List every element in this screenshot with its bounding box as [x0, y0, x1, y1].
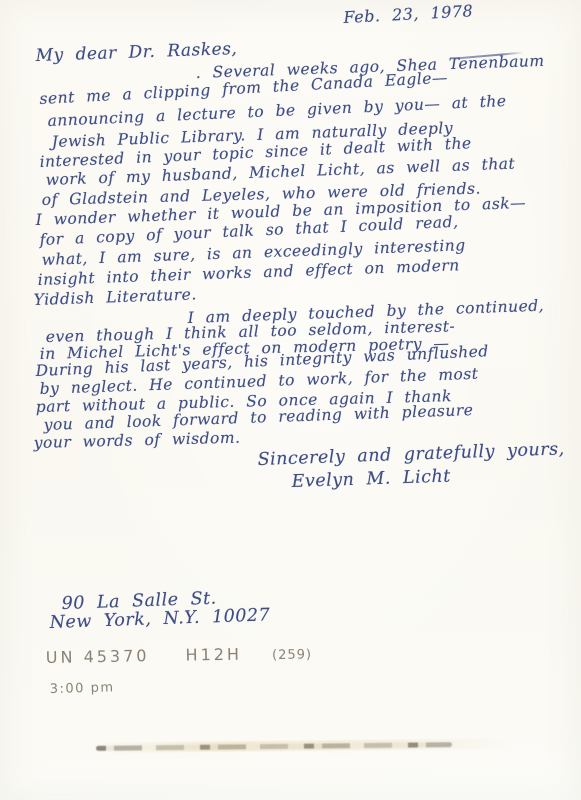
pencil-code: H12H: [185, 645, 242, 665]
body-line: Yiddish Literature.: [33, 285, 197, 309]
signature: Evelyn M. Licht: [291, 466, 451, 492]
salutation: My dear Dr. Raskes,: [35, 39, 237, 66]
pencil-time-note: 3:00 pm: [50, 680, 115, 697]
scan-smudge: [96, 742, 452, 751]
pencil-ref-number: (259): [272, 647, 312, 663]
pencil-phone-number: UN 45370: [46, 646, 150, 667]
closing: Sincerely and gratefully yours,: [257, 439, 565, 470]
pencil-note-line: UN 45370 H12H (259): [46, 643, 313, 667]
letter-page: Feb. 23, 1978 My dear Dr. Raskes, . Seve…: [0, 0, 581, 800]
letter-date: Feb. 23, 1978: [343, 1, 474, 27]
